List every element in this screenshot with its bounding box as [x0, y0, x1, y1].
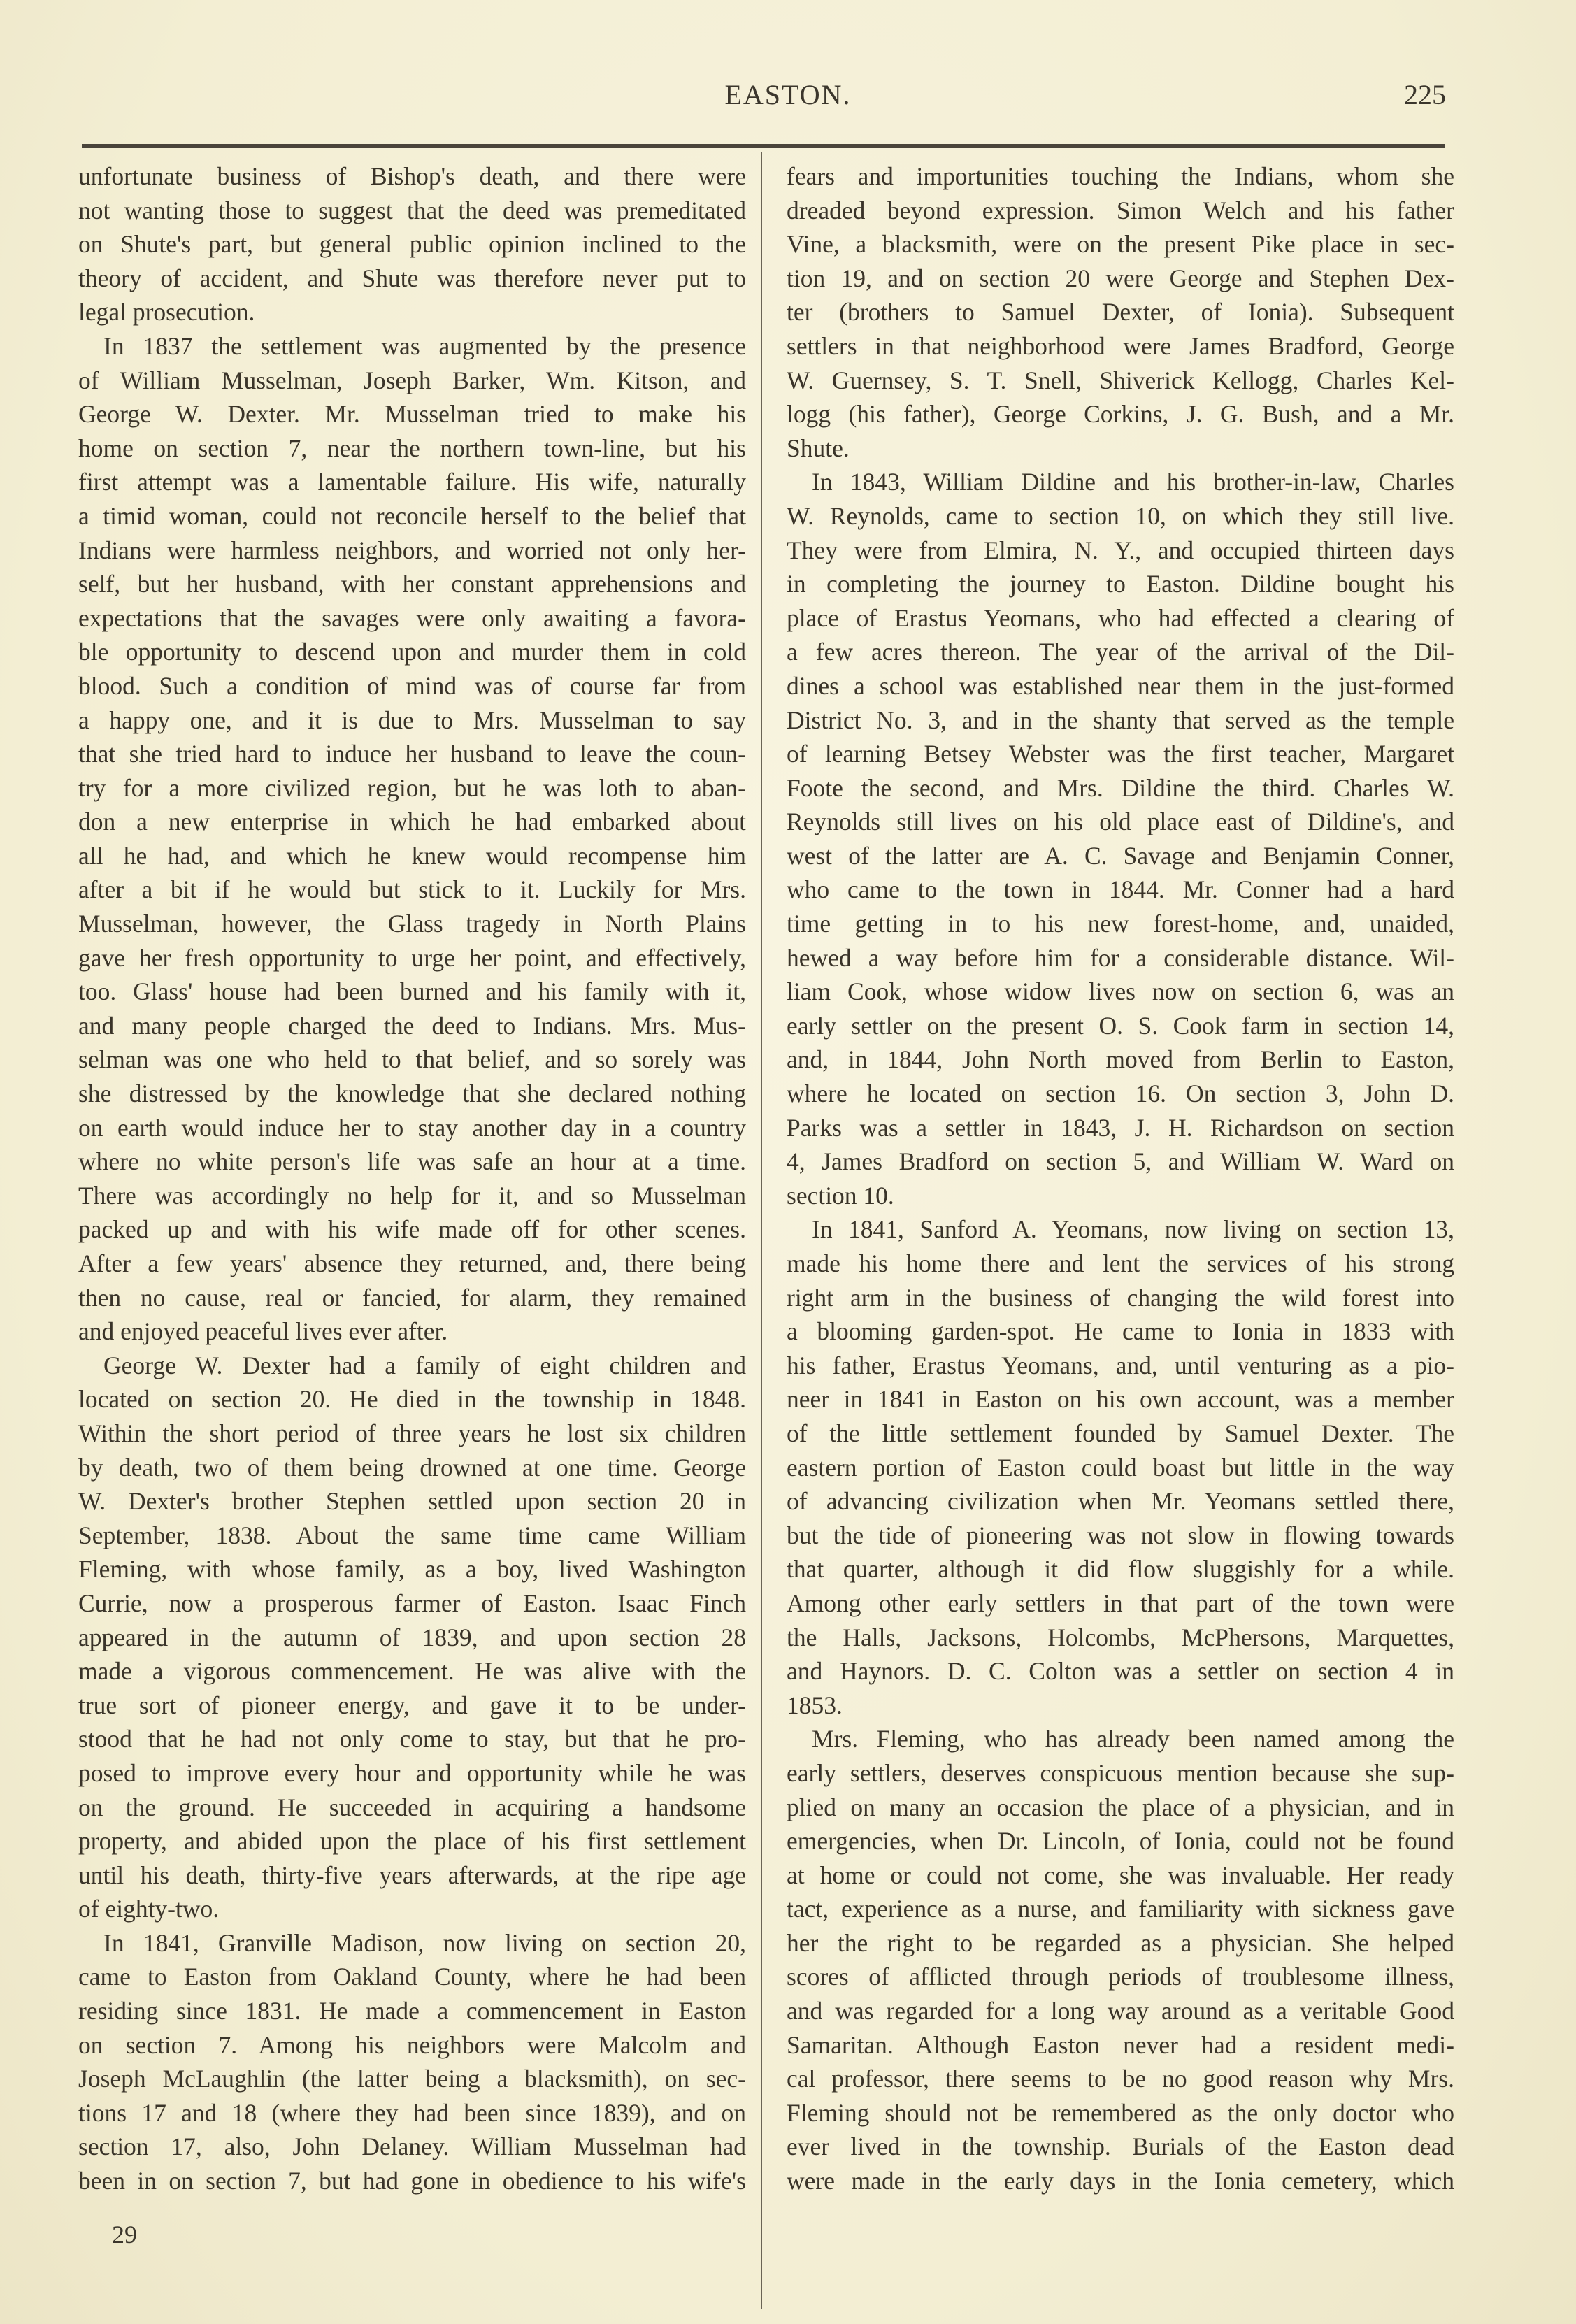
text-line: expectations that the savages were only … [78, 601, 746, 636]
text-line: 1853. [787, 1688, 1454, 1723]
text-line: the Halls, Jacksons, Holcombs, McPherson… [787, 1621, 1454, 1655]
text-line: hewed a way before him for a considerabl… [787, 941, 1454, 975]
text-line: in completing the journey to Easton. Dil… [787, 567, 1454, 601]
left-column: unfortunate business of Bishop's death, … [78, 159, 746, 2198]
text-line: true sort of pioneer energy, and gave it… [78, 1688, 746, 1723]
text-line: September, 1838. About the same time cam… [78, 1519, 746, 1553]
text-line: property, and abided upon the place of h… [78, 1824, 746, 1858]
text-line: of William Musselman, Joseph Barker, Wm.… [78, 364, 746, 398]
page-title: EASTON. [0, 78, 1576, 111]
text-line: George W. Dexter had a family of eight c… [78, 1349, 746, 1383]
text-line: theory of accident, and Shute was theref… [78, 261, 746, 296]
text-line: came to Easton from Oakland County, wher… [78, 1960, 746, 1994]
text-line: and enjoyed peaceful lives ever after. [78, 1314, 746, 1349]
text-line: Mrs. Fleming, who has already been named… [787, 1722, 1454, 1756]
text-line: of eighty-two. [78, 1892, 746, 1926]
text-line: section 17, also, John Delaney. William … [78, 2130, 746, 2164]
text-line: west of the latter are A. C. Savage and … [787, 839, 1454, 873]
text-line: legal prosecution. [78, 295, 746, 329]
text-line: selman was one who held to that belief, … [78, 1042, 746, 1077]
text-line: neer in 1841 in Easton on his own accoun… [787, 1382, 1454, 1416]
text-line: don a new enterprise in which he had emb… [78, 805, 746, 839]
text-line: too. Glass' house had been burned and hi… [78, 975, 746, 1009]
text-line: by death, two of them being drowned at o… [78, 1451, 746, 1485]
text-line: after a bit if he would but stick to it.… [78, 873, 746, 907]
text-line: W. Dexter's brother Stephen settled upon… [78, 1484, 746, 1519]
text-line: After a few years' absence they returned… [78, 1247, 746, 1281]
text-line: Indians were harmless neighbors, and wor… [78, 533, 746, 568]
text-line: then no cause, real or fancied, for alar… [78, 1281, 746, 1315]
text-line: ever lived in the township. Burials of t… [787, 2130, 1454, 2164]
text-line: made a vigorous commencement. He was ali… [78, 1654, 746, 1688]
book-page: EASTON. 225 unfortunate business of Bish… [0, 0, 1576, 2324]
text-line: emergencies, when Dr. Lincoln, of Ionia,… [787, 1824, 1454, 1858]
text-line: and was regarded for a long way around a… [787, 1994, 1454, 2028]
text-line: Currie, now a prosperous farmer of Easto… [78, 1586, 746, 1621]
text-line: on earth would induce her to stay anothe… [78, 1111, 746, 1145]
text-line: first attempt was a lamentable failure. … [78, 465, 746, 499]
text-line: of the little settlement founded by Samu… [787, 1416, 1454, 1451]
text-line: dreaded beyond expression. Simon Welch a… [787, 194, 1454, 228]
text-line: gave her fresh opportunity to urge her p… [78, 941, 746, 975]
page-number: 225 [1404, 78, 1446, 111]
text-line: tact, experience as a nurse, and familia… [787, 1892, 1454, 1926]
text-line: right arm in the business of changing th… [787, 1281, 1454, 1315]
text-line: W. Reynolds, came to section 10, on whic… [787, 499, 1454, 533]
text-line: posed to improve every hour and opportun… [78, 1756, 746, 1791]
text-line: made his home there and lent the service… [787, 1247, 1454, 1281]
text-line: liam Cook, whose widow lives now on sect… [787, 975, 1454, 1009]
text-line: ter (brothers to Samuel Dexter, of Ionia… [787, 295, 1454, 329]
text-line: Within the short period of three years h… [78, 1416, 746, 1451]
text-line: W. Guernsey, S. T. Snell, Shiverick Kell… [787, 364, 1454, 398]
text-line: scores of afflicted through periods of t… [787, 1960, 1454, 1994]
text-line: a blooming garden-spot. He came to Ionia… [787, 1314, 1454, 1349]
text-line: her the right to be regarded as a physic… [787, 1926, 1454, 1960]
text-line: his father, Erastus Yeomans, and, until … [787, 1349, 1454, 1383]
text-line: logg (his father), George Corkins, J. G.… [787, 397, 1454, 431]
column-divider [761, 152, 762, 2309]
text-line: a few acres thereon. The year of the arr… [787, 635, 1454, 669]
text-line: who came to the town in 1844. Mr. Conner… [787, 873, 1454, 907]
text-line: packed up and with his wife made off for… [78, 1212, 746, 1247]
text-line: 4, James Bradford on section 5, and Will… [787, 1145, 1454, 1179]
text-line: plied on many an occasion the place of a… [787, 1791, 1454, 1825]
text-line: a happy one, and it is due to Mrs. Musse… [78, 703, 746, 738]
text-line: on section 7. Among his neighbors were M… [78, 2028, 746, 2063]
text-line: on Shute's part, but general public opin… [78, 227, 746, 261]
text-line: In 1841, Sanford A. Yeomans, now living … [787, 1212, 1454, 1247]
text-line: They were from Elmira, N. Y., and occupi… [787, 533, 1454, 568]
text-line: all he had, and which he knew would reco… [78, 839, 746, 873]
text-line: home on section 7, near the northern tow… [78, 431, 746, 466]
text-line: District No. 3, and in the shanty that s… [787, 703, 1454, 738]
text-line: of learning Betsey Webster was the first… [787, 737, 1454, 771]
text-line: In 1841, Granville Madison, now living o… [78, 1926, 746, 1960]
text-line: section 10. [787, 1179, 1454, 1213]
text-line: she distressed by the knowledge that she… [78, 1077, 746, 1111]
text-line: early settlers, deserves conspicuous men… [787, 1756, 1454, 1791]
text-line: dines a school was established near them… [787, 669, 1454, 703]
signature-mark: 29 [112, 2220, 137, 2249]
text-line: Parks was a settler in 1843, J. H. Richa… [787, 1111, 1454, 1145]
text-line: of advancing civilization when Mr. Yeoma… [787, 1484, 1454, 1519]
text-line: place of Erastus Yeomans, who had effect… [787, 601, 1454, 636]
text-line: Reynolds still lives on his old place ea… [787, 805, 1454, 839]
text-line: cal professor, there seems to be no good… [787, 2062, 1454, 2096]
text-line: try for a more civilized region, but he … [78, 771, 746, 805]
text-line: Among other early settlers in that part … [787, 1586, 1454, 1621]
text-line: a timid woman, could not reconcile herse… [78, 499, 746, 533]
text-line: not wanting those to suggest that the de… [78, 194, 746, 228]
text-line: unfortunate business of Bishop's death, … [78, 159, 746, 194]
text-line: Fleming, with whose family, as a boy, li… [78, 1552, 746, 1586]
text-line: appeared in the autumn of 1839, and upon… [78, 1621, 746, 1655]
text-line: settlers in that neighborhood were James… [787, 329, 1454, 364]
text-line: that quarter, although it did flow slugg… [787, 1552, 1454, 1586]
text-line: been in on section 7, but had gone in ob… [78, 2164, 746, 2198]
text-line: early settler on the present O. S. Cook … [787, 1009, 1454, 1043]
text-line: George W. Dexter. Mr. Musselman tried to… [78, 397, 746, 431]
text-line: ble opportunity to descend upon and murd… [78, 635, 746, 669]
text-line: and, in 1844, John North moved from Berl… [787, 1042, 1454, 1077]
text-line: Samaritan. Although Easton never had a r… [787, 2028, 1454, 2063]
text-line: at home or could not come, she was inval… [787, 1858, 1454, 1893]
text-line: Fleming should not be remembered as the … [787, 2096, 1454, 2130]
text-line: located on section 20. He died in the to… [78, 1382, 746, 1416]
text-line: fears and importunities touching the Ind… [787, 159, 1454, 194]
text-line: In 1837 the settlement was augmented by … [78, 329, 746, 364]
right-column: fears and importunities touching the Ind… [787, 159, 1454, 2198]
text-line: but the tide of pioneering was not slow … [787, 1519, 1454, 1553]
text-line: Foote the second, and Mrs. Dildine the t… [787, 771, 1454, 805]
text-line: time getting in to his new forest-home, … [787, 907, 1454, 941]
text-line: Joseph McLaughlin (the latter being a bl… [78, 2062, 746, 2096]
text-line: There was accordingly no help for it, an… [78, 1179, 746, 1213]
running-head: EASTON. 225 [0, 78, 1576, 120]
text-line: blood. Such a condition of mind was of c… [78, 669, 746, 703]
text-line: residing since 1831. He made a commencem… [78, 1994, 746, 2028]
text-line: on the ground. He succeeded in acquiring… [78, 1791, 746, 1825]
text-line: self, but her husband, with her constant… [78, 567, 746, 601]
text-line: Shute. [787, 431, 1454, 466]
text-line: eastern portion of Easton could boast bu… [787, 1451, 1454, 1485]
text-line: Musselman, however, the Glass tragedy in… [78, 907, 746, 941]
text-line: tions 17 and 18 (where they had been sin… [78, 2096, 746, 2130]
text-line: stood that he had not only come to stay,… [78, 1722, 746, 1756]
text-line: In 1843, William Dildine and his brother… [787, 465, 1454, 499]
text-line: and Haynors. D. C. Colton was a settler … [787, 1654, 1454, 1688]
text-line: where no white person's life was safe an… [78, 1145, 746, 1179]
header-rule [82, 144, 1445, 148]
text-line: and many people charged the deed to Indi… [78, 1009, 746, 1043]
text-line: were made in the early days in the Ionia… [787, 2164, 1454, 2198]
text-line: until his death, thirty-five years after… [78, 1858, 746, 1893]
text-line: where he located on section 16. On secti… [787, 1077, 1454, 1111]
text-line: Vine, a blacksmith, were on the present … [787, 227, 1454, 261]
text-line: that she tried hard to induce her husban… [78, 737, 746, 771]
text-line: tion 19, and on section 20 were George a… [787, 261, 1454, 296]
